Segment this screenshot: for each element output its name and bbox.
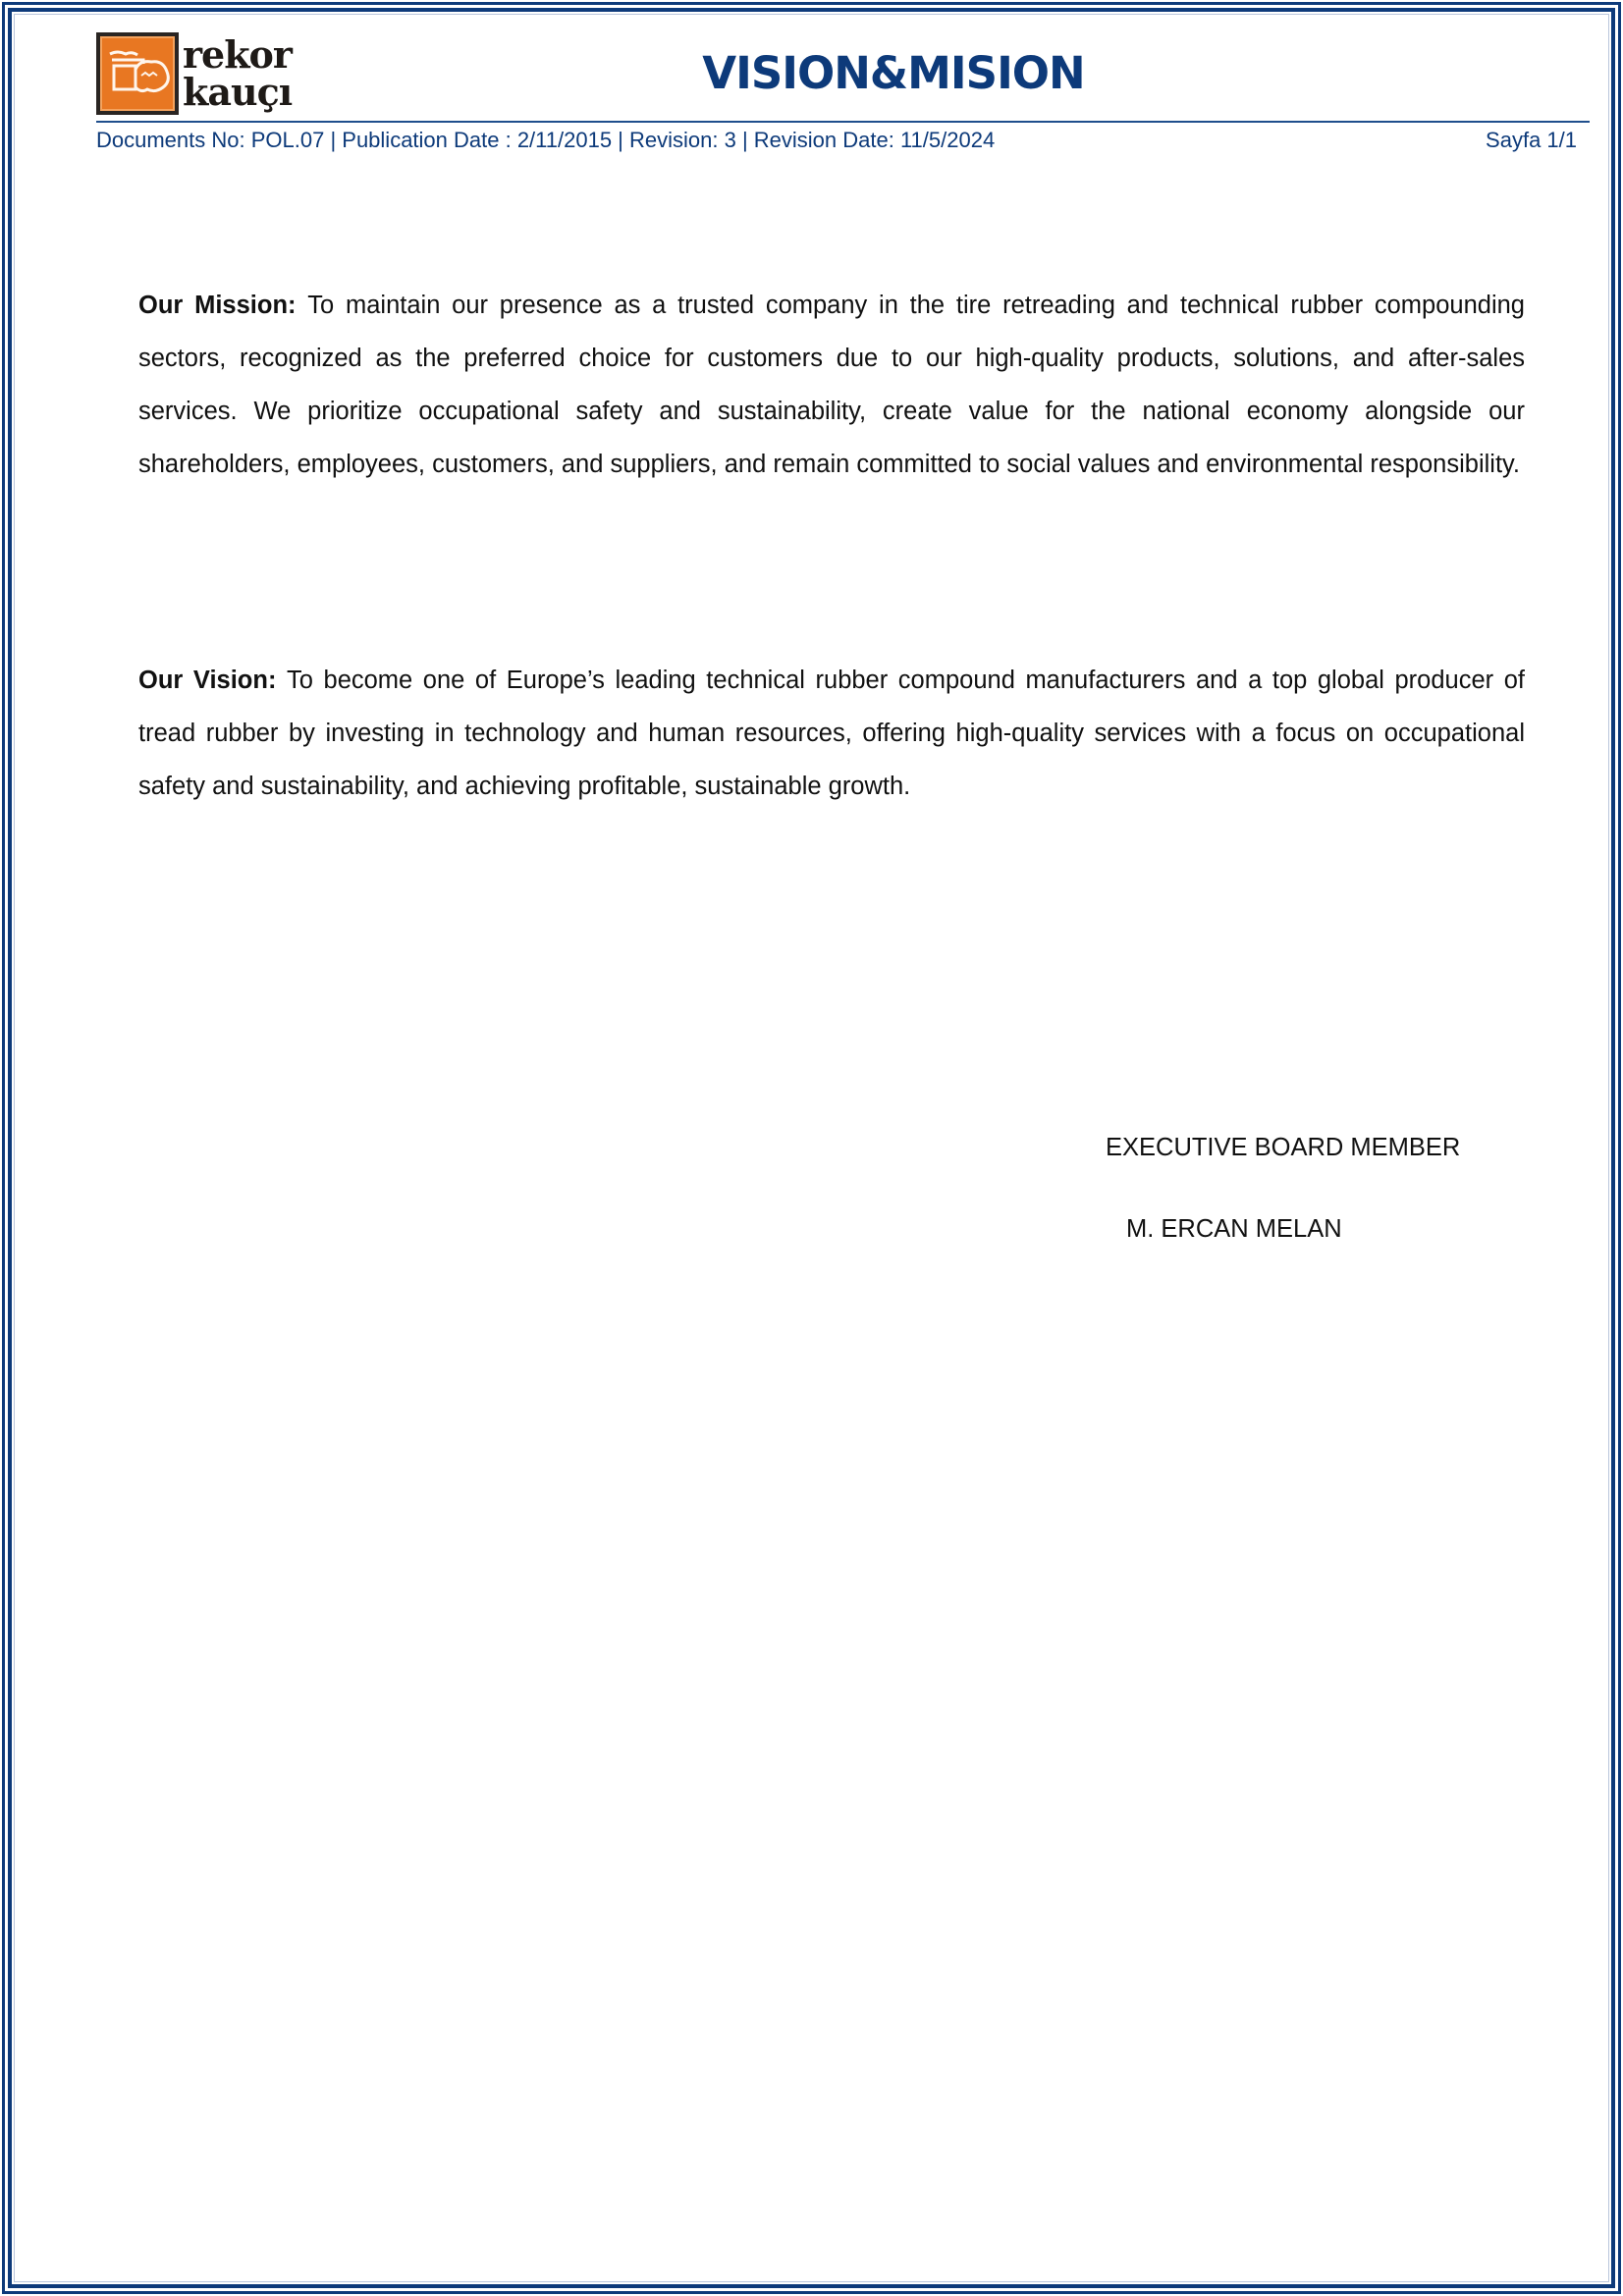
company-logo: rekor kauçı: [96, 32, 314, 115]
logo-line-2: kauçı: [183, 74, 292, 111]
logo-wordmark: rekor kauçı: [183, 32, 292, 115]
factory-rubber-icon: [96, 32, 179, 115]
signatory-title: EXECUTIVE BOARD MEMBER: [1106, 1134, 1460, 1162]
logo-line-1: rekor: [183, 36, 292, 74]
vision-paragraph: Our Vision: To become one of Europe’s le…: [138, 654, 1525, 813]
vision-text: To become one of Europe’s leading techni…: [138, 667, 1525, 800]
mission-label: Our Mission:: [138, 292, 307, 319]
mission-text: To maintain our presence as a trusted co…: [138, 292, 1525, 478]
header-divider: [96, 121, 1590, 123]
factory-icon-graphic: [108, 48, 173, 103]
document-title: VISION&MISION: [628, 47, 1159, 99]
page-number: Sayfa 1/1: [1486, 128, 1577, 153]
mission-paragraph: Our Mission: To maintain our presence as…: [138, 279, 1525, 491]
signatory-name: M. ERCAN MELAN: [1126, 1215, 1342, 1244]
document-metadata: Documents No: POL.07 | Publication Date …: [96, 128, 995, 153]
vision-label: Our Vision:: [138, 667, 287, 694]
